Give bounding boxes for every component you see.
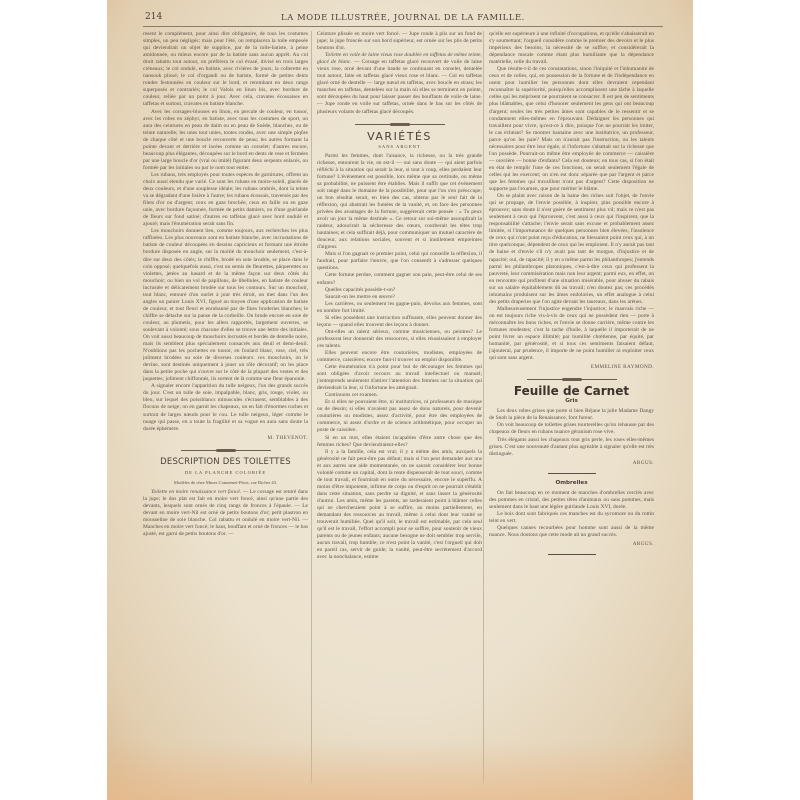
column-2: Ceinture plissée en moire vert foncé. — …: [317, 31, 482, 791]
paragraph: Malheureusement l'injustice engendre l'i…: [489, 306, 654, 362]
section-subtitle: SANS ARGENT: [317, 143, 482, 150]
section-ornament: [355, 123, 445, 126]
author-signature: M. THEVENOT.: [143, 435, 308, 442]
paragraph: Les deux robes grises que porte si bien …: [489, 408, 654, 422]
paragraph: Mais si l'on gagnait ce premier point, c…: [317, 251, 482, 272]
paragraph: Les carrières, ou seulement les gagne-pa…: [317, 301, 482, 315]
paragraph: Ceinture plissée en moire vert foncé. — …: [317, 31, 482, 52]
toilette-title: Toilette en moire renaissance vert foncé…: [151, 489, 241, 495]
section-title-description: DESCRIPTION DES TOILETTES: [143, 459, 308, 466]
paragraph: Avec les corsages-blouses en linon, en p…: [143, 109, 308, 172]
paragraph: On se plaint avec raison de la haine des…: [489, 193, 654, 306]
section-ornament: [181, 449, 271, 452]
section-subtitle: DE LA PLANCHE COLORIÉE: [143, 469, 308, 476]
paragraph: A signaler encore l'apparition du tulle …: [143, 383, 308, 432]
column-3: qu'elle est supérieure à une infinité d'…: [489, 31, 654, 791]
subsection-title-ombrelles: Ombrelles: [489, 480, 654, 487]
paragraph: On fait beaucoup en ce moment de manches…: [489, 490, 654, 511]
paragraph: Le bois dont sont fabriqués ces manches …: [489, 511, 654, 525]
magazine-page: 214 LA MODE ILLUSTRÉE, JOURNAL DE LA FAM…: [107, 0, 693, 800]
paragraph: Parmi les femmes, dont l'aisance, la ric…: [317, 153, 482, 252]
paragraph: Cette fortune perdue, comment gagner son…: [317, 272, 482, 286]
paragraph: Les rubans, très employés pour toutes es…: [143, 172, 308, 228]
author-signature: ARGUS.: [489, 460, 654, 467]
section-ornament: [527, 378, 617, 381]
paragraph: Ont-elles un talent sérieux, comme music…: [317, 329, 482, 350]
section-title-feuille-de-carnet: Feuille de Carnet: [489, 388, 654, 395]
paragraph: Très élégants aussi les chapeaux tout gr…: [489, 437, 654, 458]
varietes-body: Parmi les femmes, dont l'aisance, la ric…: [317, 153, 482, 562]
section-title-varietes: VARIÉTÉS: [317, 133, 482, 140]
paragraph: Cette énumération n'a point pour but de …: [317, 364, 482, 392]
paragraph: Si en un mot, elles étaient incapables d…: [317, 435, 482, 449]
paragraph: Quelques cannes recourbées pour homme so…: [489, 525, 654, 539]
section-rule: [548, 473, 596, 474]
paragraph: Les mouchoirs donnent lieu, comme toujou…: [143, 228, 308, 383]
paragraph: Saurait-on les mettre en œuvre?: [317, 294, 482, 301]
paragraph: Et si elles ne pouvaient être, ni instit…: [317, 399, 482, 434]
author-signature: ARGUS.: [489, 541, 654, 548]
models-credit: Modèles de chez Mmes Connemet-Pérot, rue…: [143, 479, 308, 486]
paragraph: Toilette en voile de laine vieux rose do…: [317, 52, 482, 115]
paragraph: On voit beaucoup de toilettes grises tou…: [489, 422, 654, 436]
paragraph: Si elles possèdent une instruction suffi…: [317, 315, 482, 329]
subsection-title-gris: Gris: [489, 398, 654, 405]
toilette-description: — Le corsage est rentré dans la jupe; le…: [143, 489, 308, 537]
paragraph: Elles peuvent encore être couturières, m…: [317, 350, 482, 364]
paragraph: Il y a la famille, cela est vrai; il y a…: [317, 449, 482, 562]
page-header: 214 LA MODE ILLUSTRÉE, JOURNAL DE LA FAM…: [143, 6, 663, 27]
column-1: resent le complément, pour ainsi dire ob…: [143, 31, 308, 791]
author-signature: EMMELINE RAYMOND.: [489, 364, 654, 371]
journal-title: LA MODE ILLUSTRÉE, JOURNAL DE LA FAMILLE…: [143, 12, 663, 22]
paragraph: Que résulte-t-il de ces constatations, s…: [489, 66, 654, 193]
toilette-description: — Corsage en taffetas glacé recouvert de…: [317, 59, 482, 114]
paragraph: Toilette en moire renaissance vert foncé…: [143, 489, 308, 538]
section-rule: [548, 554, 596, 555]
column-divider: [483, 31, 484, 783]
paragraph: qu'elle est supérieure à une infinité d'…: [489, 31, 654, 66]
paragraph: resent le complément, pour ainsi dire ob…: [143, 31, 308, 109]
paragraph: Quelles capacités possède-t-on?: [317, 287, 482, 294]
column-divider: [311, 31, 312, 783]
